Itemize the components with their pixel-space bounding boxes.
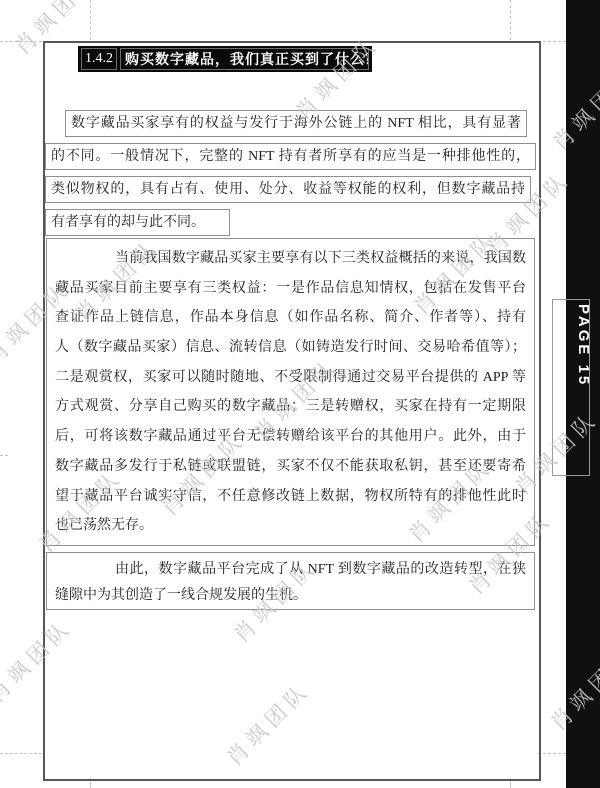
text-line: 数字藏品买家享有的权益与发行于海外公链上的 NFT 相比，具有显著	[65, 110, 527, 137]
crop-mark	[0, 753, 42, 754]
crop-mark	[538, 753, 566, 754]
text-line: 望于藏品平台诚实守信，不任意修改链上数据，物权所特有的排他性此时	[55, 482, 526, 512]
text-line: 查证作品上链信息，作品本身信息（如作品名称、简介、作者等）、持有	[55, 303, 526, 333]
crop-mark	[0, 455, 8, 456]
section-title-text: 购买数字藏品，我们真正买到了什么？	[120, 48, 369, 70]
paragraph-1: 数字藏品买家享有的权益与发行于海外公链上的 NFT 相比，具有显著的不同。一般情…	[45, 110, 537, 242]
crop-mark	[510, 0, 511, 40]
text-line: 二是观赏权，买家可以随时随地、不受限制得通过交易平台提供的 APP 等	[55, 363, 526, 393]
text-line: 有者享有的却与此不同。	[45, 209, 230, 236]
text-line: 由此，数字藏品平台完成了从 NFT 到数字藏品的改造转型，在狭窄的	[55, 557, 526, 583]
paragraph-3: 由此，数字藏品平台完成了从 NFT 到数字藏品的改造转型，在狭窄的缝隙中为其创造…	[46, 552, 535, 610]
text-line: 缝隙中为其创造了一线合规发展的生机。	[55, 583, 526, 609]
document-page: PAGE 15 1.4.2 购买数字藏品，我们真正买到了什么？ 数字藏品买家享有…	[0, 0, 600, 788]
text-line: 人（数字藏品买家）信息、流转信息（如铸造发行时间、交易哈希值等）；	[55, 333, 526, 363]
crop-mark	[90, 0, 91, 40]
text-line: 类似物权的，具有占有、使用、处分、收益等权能的权利，但数字藏品持	[45, 176, 531, 203]
page-number-outline-box	[552, 299, 590, 476]
text-line: 也已荡然无存。	[55, 511, 526, 541]
text-line: 当前我国数字藏品买家主要享有以下三类权益概括的来说，我国数字	[55, 244, 526, 274]
text-line: 数字藏品多发行于私链或联盟链，买家不仅不能获取私钥，甚至还要寄希	[55, 452, 526, 482]
text-line: 藏品买家目前主要享有三类权益：一是作品信息知情权，包括在发售平台	[55, 274, 526, 304]
section-heading: 1.4.2 购买数字藏品，我们真正买到了什么？	[78, 46, 372, 72]
crop-mark	[0, 41, 42, 42]
text-line: 方式观赏、分享自己购买的数字藏品；三是转赠权，买家在持有一定期限	[55, 392, 526, 422]
text-line: 的不同。一般情况下，完整的 NFT 持有者所享有的应当是一种排他性的，	[45, 143, 536, 170]
crop-mark	[538, 41, 566, 42]
text-line: 后，可将该数字藏品通过平台无偿转赠给该平台的其他用户。此外，由于	[55, 422, 526, 452]
section-number: 1.4.2	[81, 48, 117, 70]
paragraph-2: 当前我国数字藏品买家主要享有以下三类权益概括的来说，我国数字藏品买家目前主要享有…	[46, 238, 535, 546]
